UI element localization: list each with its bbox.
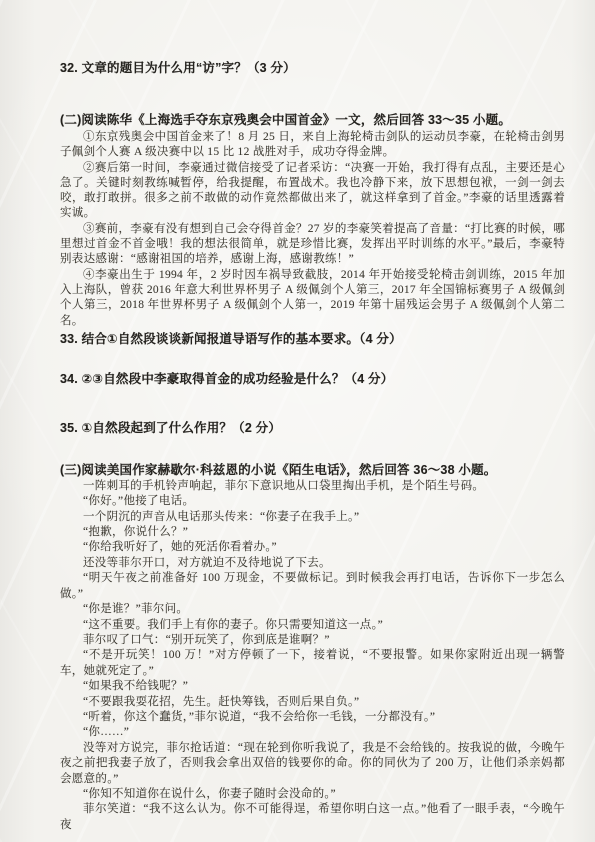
story-paragraph: 一阵刺耳的手机铃声响起，菲尔下意识地从口袋里掏出手机，是个陌生号码。 [60,479,565,494]
story-passage: 一阵刺耳的手机铃声响起，菲尔下意识地从口袋里掏出手机，是个陌生号码。 “你好。”… [60,479,565,833]
story-paragraph: “不要跟我耍花招，先生。赶快筹钱，否则后果自负。” [60,695,565,710]
story-paragraph: “明天午夜之前准备好 100 万现金，不要做标记。到时候我会再打电话，告诉你下一… [60,571,565,602]
story-paragraph: 一个阴沉的声音从电话那头传来：“你妻子在我手上。” [60,510,565,525]
question-34: 34. ②③自然段中李豪取得首金的成功经验是什么？（4 分） [60,371,565,387]
story-paragraph: 还没等菲尔开口，对方就迫不及待地说了下去。 [60,556,565,571]
story-paragraph: “你是谁？”菲尔问。 [60,602,565,617]
story-paragraph: “你好。”他接了电话。 [60,494,565,509]
story-paragraph: “不是开玩笑！100 万！”对方停顿了一下，接着说，“不要报警。如果你家附近出现… [60,648,565,679]
scanned-exam-page: 32. 文章的题目为什么用“访”字？（3 分） (二)阅读陈华《上海选手夺东京残… [0,0,595,842]
question-33: 33. 结合①自然段谈谈新闻报道导语写作的基本要求。（4 分） [60,331,565,347]
story-paragraph: “你……” [60,725,565,740]
story-paragraph: “你给我听好了，她的死活你看着办。” [60,540,565,555]
passage-paragraph-2: ②赛后第一时间，李豪通过微信接受了记者采访：“决赛一开始，我打得有点乱，主要还是… [60,161,565,222]
story-paragraph: “如果我不给钱呢？” [60,679,565,694]
question-35: 35. ①自然段起到了什么作用？（2 分） [60,420,565,436]
passage-paragraph-4: ④李豪出生于 1994 年，2 岁时因车祸导致截肢，2014 年开始接受轮椅击剑… [60,268,565,329]
story-paragraph: 菲尔笑道：“我不这么认为。你不可能得逞，希望你明白这一点。”他看了一眼手表，“今… [60,802,565,833]
story-paragraph: 没等对方说完，菲尔抢话道：“现在轮到你听我说了，我是不会给钱的。按我说的做，今晚… [60,741,565,787]
passage-paragraph-3: ③赛前，李豪有没有想到自己会夺得首金？27 岁的李豪笑着提高了音量：“打比赛的时… [60,222,565,268]
story-paragraph: “你知不知道你在说什么，你妻子随时会没命的。” [60,787,565,802]
story-paragraph: “这不重要。我们手上有你的妻子。你只需要知道这一点。” [60,618,565,633]
question-32: 32. 文章的题目为什么用“访”字？（3 分） [60,60,565,76]
story-paragraph: “听着，你这个蠢货，”菲尔说道，“我不会给你一毛钱，一分都没有。” [60,710,565,725]
story-paragraph: “抱歉，你说什么？” [60,525,565,540]
section-3-header: (三)阅读美国作家赫歇尔·科兹恩的小说《陌生电话》，然后回答 36～38 小题。 [60,462,565,478]
passage-paragraph-1: ①东京残奥会中国首金来了！8 月 25 日，来自上海轮椅击剑队的运动员李豪，在轮… [60,130,565,161]
section-2-header: (二)阅读陈华《上海选手夺东京残奥会中国首金》一文，然后回答 33～35 小题。 [60,112,565,128]
story-paragraph: 菲尔叹了口气：“别开玩笑了，你到底是谁啊？” [60,633,565,648]
